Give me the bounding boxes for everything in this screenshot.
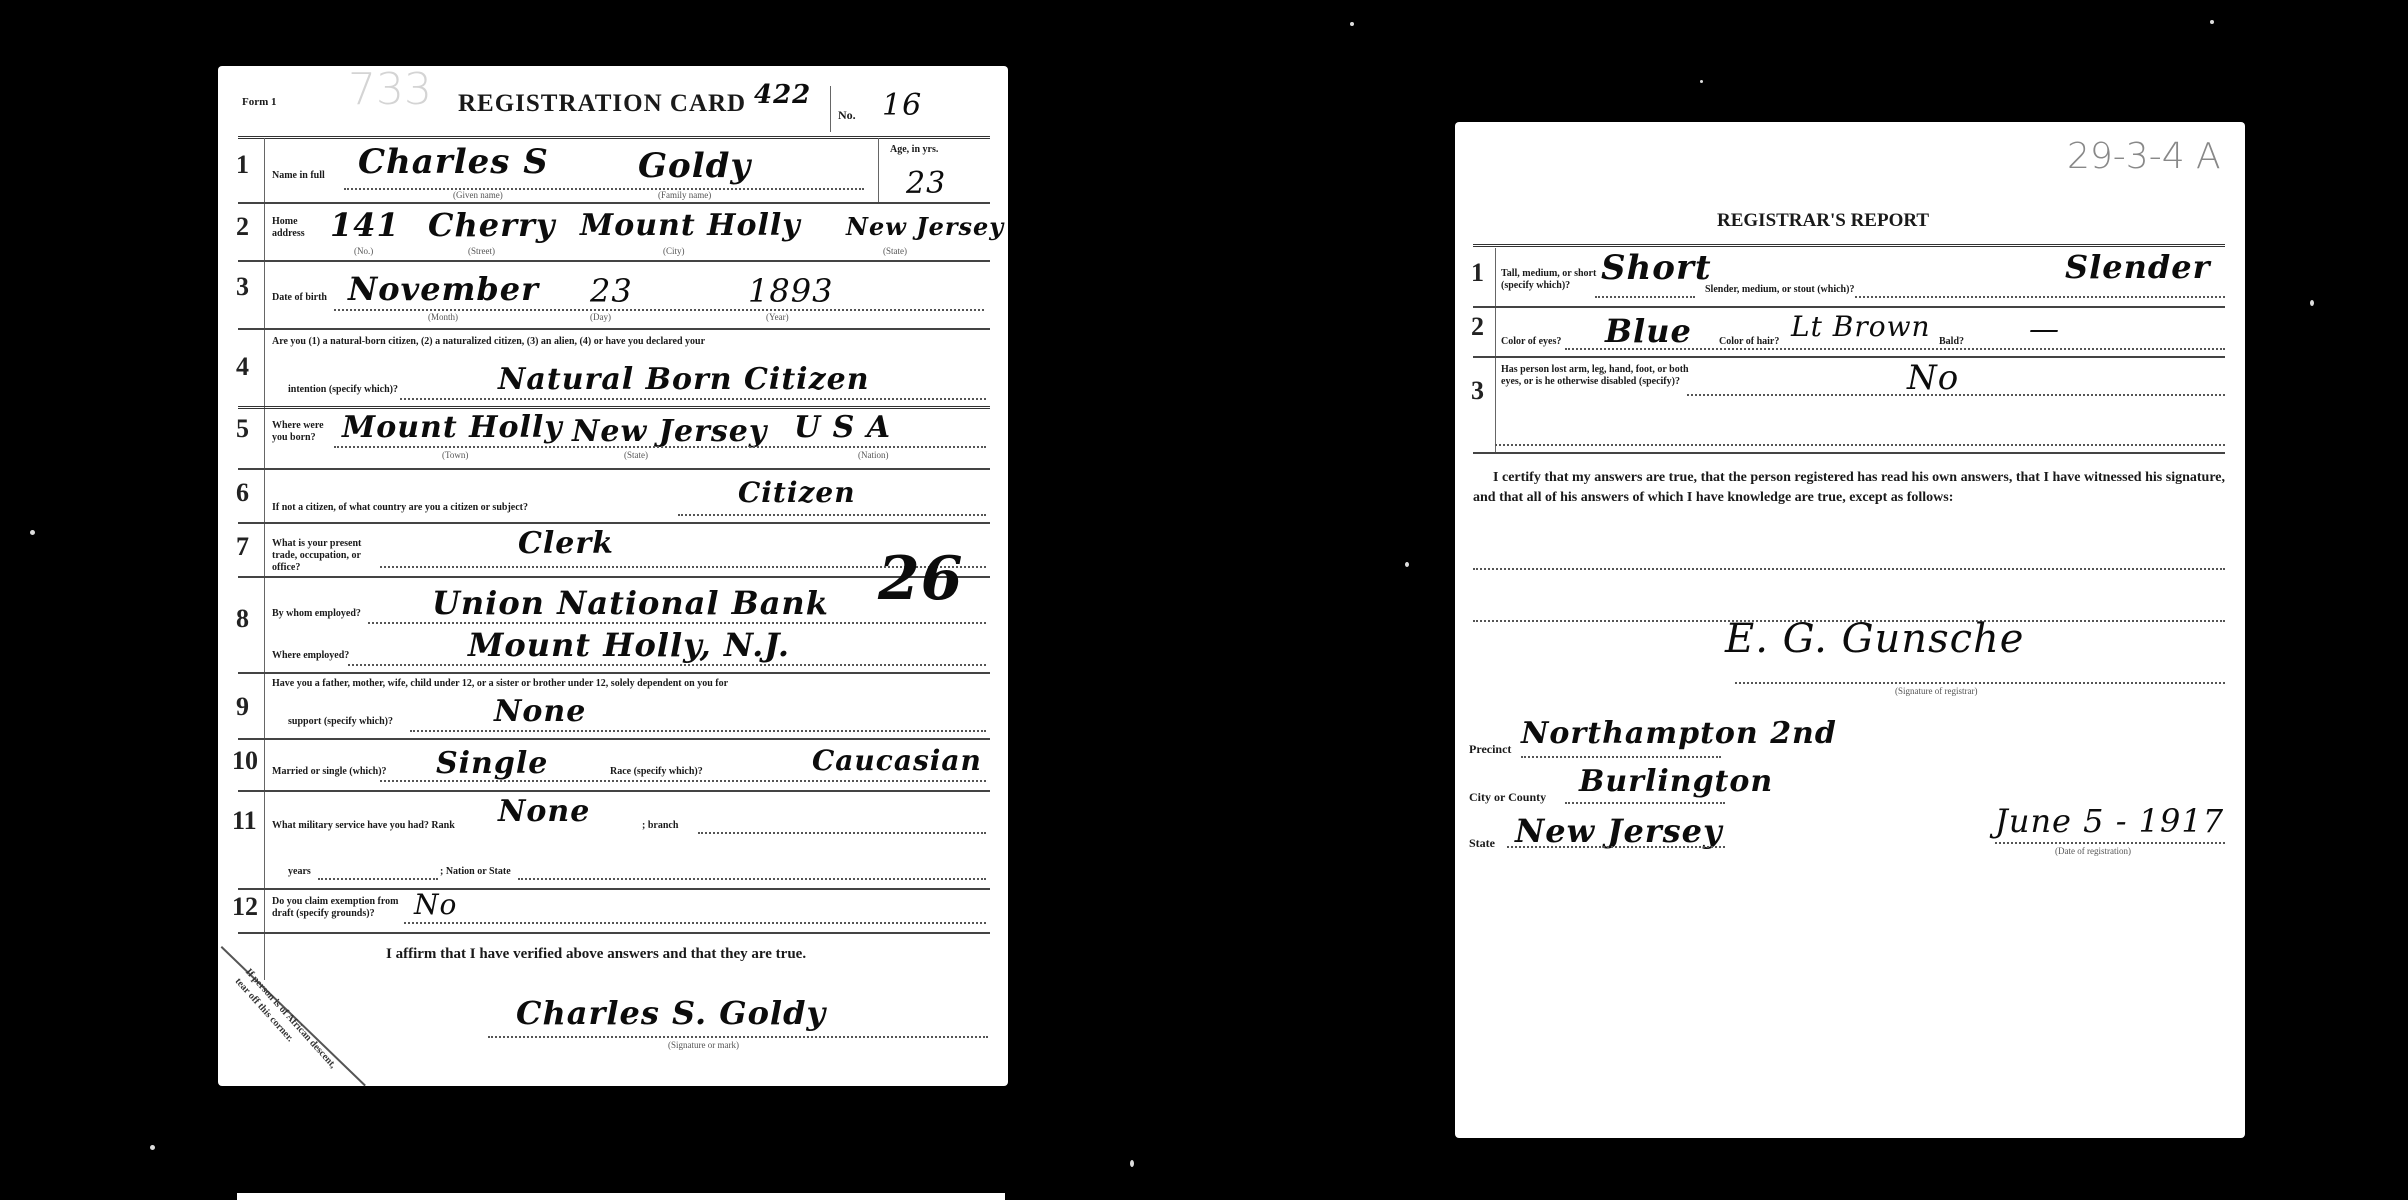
citizenship-question-cont: intention (specify which)? [288,384,398,396]
registration-card: Form 1 733 REGISTRATION CARD 422 No. 16 … [218,66,1008,1086]
age-value: 23 [906,166,946,201]
margin-note: 26 [878,544,964,614]
scan-speck [1405,562,1409,567]
marital-status-label: Married or single (which)? [272,766,387,778]
marital-status-answer: Single [436,746,548,781]
caption-month: (Month) [428,312,458,322]
address-number: 141 [330,206,400,244]
bald-label: Bald? [1939,336,1964,348]
exemption-answer: No [414,888,457,921]
precinct-answer: Northampton 2nd [1521,716,1837,751]
affirmation-text: I affirm that I have verified above answ… [386,946,806,963]
birthplace-nation: U S A [794,410,891,445]
signature-line [1735,682,2225,684]
handwritten-serial: 422 [754,80,811,110]
employment-location-label: Where employed? [272,650,349,662]
eye-color-label: Color of eyes? [1501,336,1561,348]
build-answer: Slender [2065,248,2210,286]
address-street: Cherry [428,206,555,244]
row-number-divider [264,138,265,980]
race-label: Race (specify which)? [610,766,703,778]
dob-month: November [348,270,539,308]
dependents-answer: None [494,694,586,729]
fill-line [1855,296,2225,298]
fill-line [1495,444,2225,446]
years-label: years [288,866,311,878]
citizenship-question: Are you (1) a natural-born citizen, (2) … [272,336,992,348]
occupation-answer: Clerk [518,526,614,561]
row-rule [238,672,990,674]
caption-street: (Street) [468,246,495,256]
row-number: 10 [232,746,258,776]
dependents-question: Have you a father, mother, wife, child u… [272,678,992,690]
precinct-label: Precinct [1469,742,1511,756]
divider [830,86,831,132]
caption-year: (Year) [766,312,789,322]
exemption-question: Do you claim exemption from draft (speci… [272,896,412,920]
fill-line [404,922,986,924]
row-rule [238,790,990,792]
row-rule [238,406,990,409]
scan-speck [2310,300,2314,306]
tear-off-corner-note: If person is of African descent, tear of… [231,966,339,1081]
fill-line [1521,756,1721,758]
fill-line [368,622,986,624]
occupation-question: What is your present trade, occupation, … [272,538,382,574]
card-number: 16 [882,88,922,123]
row-number: 1 [1471,258,1484,288]
row-number: 3 [236,272,249,302]
city-county-answer: Burlington [1579,764,1773,799]
fill-line [1565,348,2225,350]
eye-color-answer: Blue [1605,312,1692,350]
build-question: Slender, medium, or stout (which)? [1705,284,1854,296]
dob-label: Date of birth [272,292,327,304]
disability-question: Has person lost arm, leg, hand, foot, or… [1501,364,1701,388]
row-number: 2 [1471,312,1484,342]
caption-town: (Town) [442,450,468,460]
registrant-signature: Charles S. Goldy [516,994,826,1032]
fill-line [344,188,864,190]
caption-state: (State) [624,450,648,460]
hair-color-answer: Lt Brown [1791,310,1931,343]
military-rank-answer: None [498,794,590,829]
row-rule [238,468,990,470]
scan-speck [2210,20,2214,24]
row-number: 11 [232,806,257,836]
name-label: Name in full [272,170,325,182]
city-county-label: City or County [1469,790,1546,804]
row-rule [1473,356,2225,358]
row-rule [1473,306,2225,308]
branch-label: ; branch [642,820,678,832]
scan-speck [150,1145,155,1150]
scan-speck [30,530,35,535]
next-card-edge [237,1193,1005,1200]
report-title: REGISTRAR'S REPORT [1717,210,1929,232]
registrar-signature: E. G. Gunsche [1725,616,2024,662]
certification-text: I certify that my answers are true, that… [1473,468,2225,508]
height-question: Tall, medium, or short (specify which)? [1501,268,1611,292]
caption-no: (No.) [354,246,373,256]
row-number: 1 [236,150,249,180]
race-answer: Caucasian [812,744,982,777]
fill-line [400,398,986,400]
stamp-number: 29-3-4 A [2067,136,2221,177]
employment-location-answer: Mount Holly, N.J. [468,626,790,664]
row-rule [238,522,990,524]
given-name-caption: (Given name) [453,190,503,200]
number-label: No. [838,108,856,122]
registrar-signature-caption: (Signature of registrar) [1895,686,1977,696]
citizenship-answer: Natural Born Citizen [498,362,870,397]
fill-line [410,730,986,732]
row-number-divider [1495,248,1496,452]
row-rule [238,202,990,204]
row-rule [1473,452,2225,454]
country-question: If not a citizen, of what country are yo… [272,502,528,514]
dob-year: 1893 [748,272,833,310]
height-answer: Short [1601,248,1712,288]
signature-line [488,1036,988,1038]
row-number: 6 [236,478,249,508]
hair-color-label: Color of hair? [1719,336,1779,348]
fill-line [348,664,986,666]
fill-line [1595,296,1695,298]
caption-day: (Day) [590,312,611,322]
fill-line [1507,846,1725,848]
scan-speck [1700,80,1703,83]
given-name: Charles S [358,142,549,182]
row-number: 3 [1471,376,1484,406]
row-rule [238,260,990,262]
registration-date: June 5 - 1917 [1995,802,2224,840]
registrars-report-card: 29-3-4 A REGISTRAR'S REPORT 1 Tall, medi… [1455,122,2245,1138]
card-title: REGISTRATION CARD [458,90,746,118]
home-address-label: Home address [272,216,322,240]
row-rule [238,738,990,740]
fill-line [678,514,986,516]
fill-line [1565,802,1725,804]
fill-line [334,446,986,448]
birthplace-label: Where were you born? [272,420,332,444]
dob-day: 23 [590,272,633,310]
caption-nation: (Nation) [858,450,889,460]
age-divider [878,138,879,202]
row-number: 2 [236,212,249,242]
nation-or-state-label: ; Nation or State [440,866,511,878]
family-name-caption: (Family name) [658,190,711,200]
dependents-question-cont: support (specify which)? [288,716,393,728]
state-answer: New Jersey [1515,812,1723,850]
row-number: 7 [236,532,249,562]
row-rule [238,888,990,890]
fill-line [380,780,986,782]
state-label: State [1469,836,1495,850]
bald-answer: — [2029,312,2060,347]
fill-line [318,878,438,880]
header-rule [1473,244,2225,247]
row-number: 4 [236,352,249,382]
caption-city: (City) [663,246,685,256]
caption-state: (State) [883,246,907,256]
scan-speck [1350,22,1354,26]
family-name: Goldy [638,146,751,186]
fill-line [334,309,984,311]
age-label: Age, in yrs. [890,144,938,156]
employer-answer: Union National Bank [432,584,829,622]
row-rule [238,932,990,934]
signature-caption: (Signature or mark) [668,1040,739,1050]
row-number: 9 [236,692,249,722]
row-number: 12 [232,892,258,922]
birthplace-state: New Jersey [572,414,767,449]
disability-answer: No [1907,358,1959,398]
birthplace-town: Mount Holly [342,410,563,445]
fill-line [518,878,986,880]
fill-line [1473,568,2225,570]
row-number: 5 [236,414,249,444]
country-answer: Citizen [738,476,856,509]
fill-line [698,832,986,834]
registration-date-caption: (Date of registration) [2055,846,2131,856]
military-service-question: What military service have you had? Rank [272,820,455,832]
fill-line [1687,394,2225,396]
row-number: 8 [236,604,249,634]
address-state: New Jersey [846,212,1004,241]
stamp-number: 733 [348,64,432,115]
row-rule [238,328,990,330]
scan-speck [1130,1160,1134,1167]
address-city: Mount Holly [580,208,801,243]
date-line [1995,842,2225,844]
employer-label: By whom employed? [272,608,361,620]
form-label: Form 1 [242,96,277,108]
